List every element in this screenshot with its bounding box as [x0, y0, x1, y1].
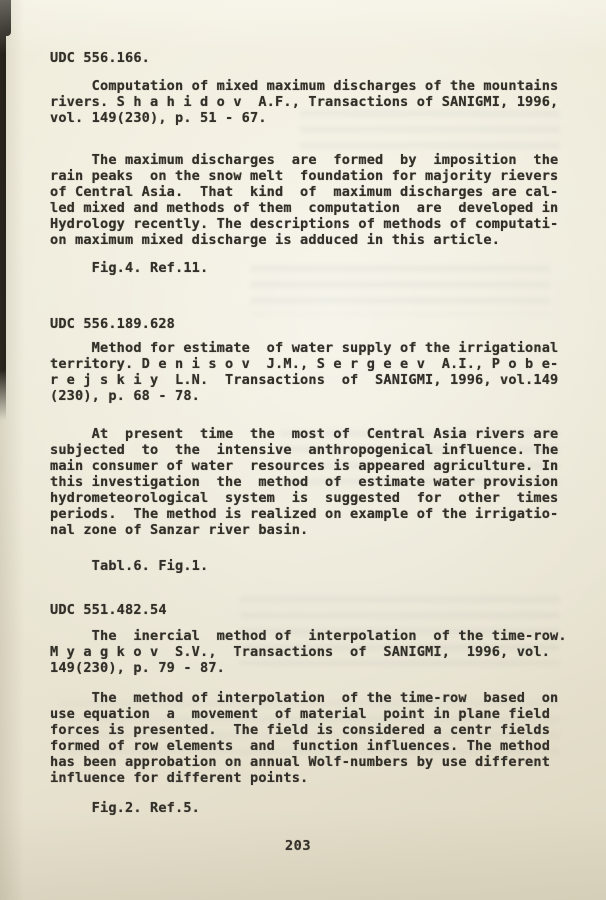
- text-line: nal zone of Sanzar river basin.: [50, 522, 566, 538]
- text-line: forces is presented. The field is consid…: [50, 722, 566, 738]
- text-line: 149(230), p. 79 - 87.: [50, 660, 566, 676]
- text-line: The method of interpolation of the time-…: [50, 690, 566, 706]
- text-line: Method for estimate of water supply of t…: [50, 340, 566, 356]
- text-line: main consumer of water resources is appe…: [50, 458, 566, 474]
- abstract-entry: UDC 551.482.54 The inercial method of in…: [50, 602, 566, 816]
- text-line: Computation of mixed maximum discharges …: [50, 78, 566, 94]
- text-line: on maximum mixed discharge is adduced in…: [50, 232, 566, 248]
- citation-text: The inercial method of interpolation of …: [50, 628, 566, 676]
- abstract-text: The method of interpolation of the time-…: [50, 690, 566, 786]
- citation-text: Method for estimate of water supply of t…: [50, 340, 566, 404]
- text-line: The inercial method of interpolation of …: [50, 628, 566, 644]
- text-line: periods. The method is realized on examp…: [50, 506, 566, 522]
- udc-code: UDC 556.166.: [50, 50, 566, 66]
- text-line: led mixed and methods of them computatio…: [50, 200, 566, 216]
- text-line: this investigation the method of estimat…: [50, 474, 566, 490]
- text-line: vol. 149(230), p. 51 - 67.: [50, 110, 566, 126]
- text-line: hydrometeorological system is suggested …: [50, 490, 566, 506]
- udc-code: UDC 556.189.628: [50, 316, 566, 332]
- text-line: formed of row elements and function infl…: [50, 738, 566, 754]
- abstract-entry: UDC 556.189.628 Method for estimate of w…: [50, 316, 566, 574]
- text-line: At present time the most of Central Asia…: [50, 426, 566, 442]
- figure-reference: Tabl.6. Fig.1.: [50, 558, 566, 574]
- text-line: territory. D e n i s o v J.M., S e r g e…: [50, 356, 566, 372]
- abstract-entry: UDC 556.166. Computation of mixed maximu…: [50, 50, 566, 276]
- scanned-document-page: UDC 556.166. Computation of mixed maximu…: [0, 0, 606, 900]
- text-line: r e j s k i y L.N. Transactions of SANIG…: [50, 372, 566, 388]
- text-line: has been approbation on annual Wolf-numb…: [50, 754, 566, 770]
- abstract-text: At present time the most of Central Asia…: [50, 426, 566, 538]
- udc-code: UDC 551.482.54: [50, 602, 566, 618]
- text-line: (230), p. 68 - 78.: [50, 388, 566, 404]
- figure-reference: Fig.2. Ref.5.: [50, 800, 566, 816]
- figure-reference: Fig.4. Ref.11.: [50, 260, 566, 276]
- citation-text: Computation of mixed maximum discharges …: [50, 78, 566, 126]
- text-line: subjected to the intensive anthropogenic…: [50, 442, 566, 458]
- text-line: influence for different points.: [50, 770, 566, 786]
- abstract-text: The maximum discharges are formed by imp…: [50, 152, 566, 248]
- text-line: Hydrology recently. The descriptions of …: [50, 216, 566, 232]
- text-line: rivers. S h a h i d o v A.F., Transactio…: [50, 94, 566, 110]
- page-content: UDC 556.166. Computation of mixed maximu…: [0, 0, 606, 854]
- text-line: The maximum discharges are formed by imp…: [50, 152, 566, 168]
- text-line: M y a g k o v S.V., Transactions of SANI…: [50, 644, 566, 660]
- text-line: rain peaks on the snow melt foundation f…: [50, 168, 566, 184]
- text-line: of Central Asia. That kind of maximum di…: [50, 184, 566, 200]
- page-number: 203: [50, 838, 566, 854]
- text-line: use equation a movement of material poin…: [50, 706, 566, 722]
